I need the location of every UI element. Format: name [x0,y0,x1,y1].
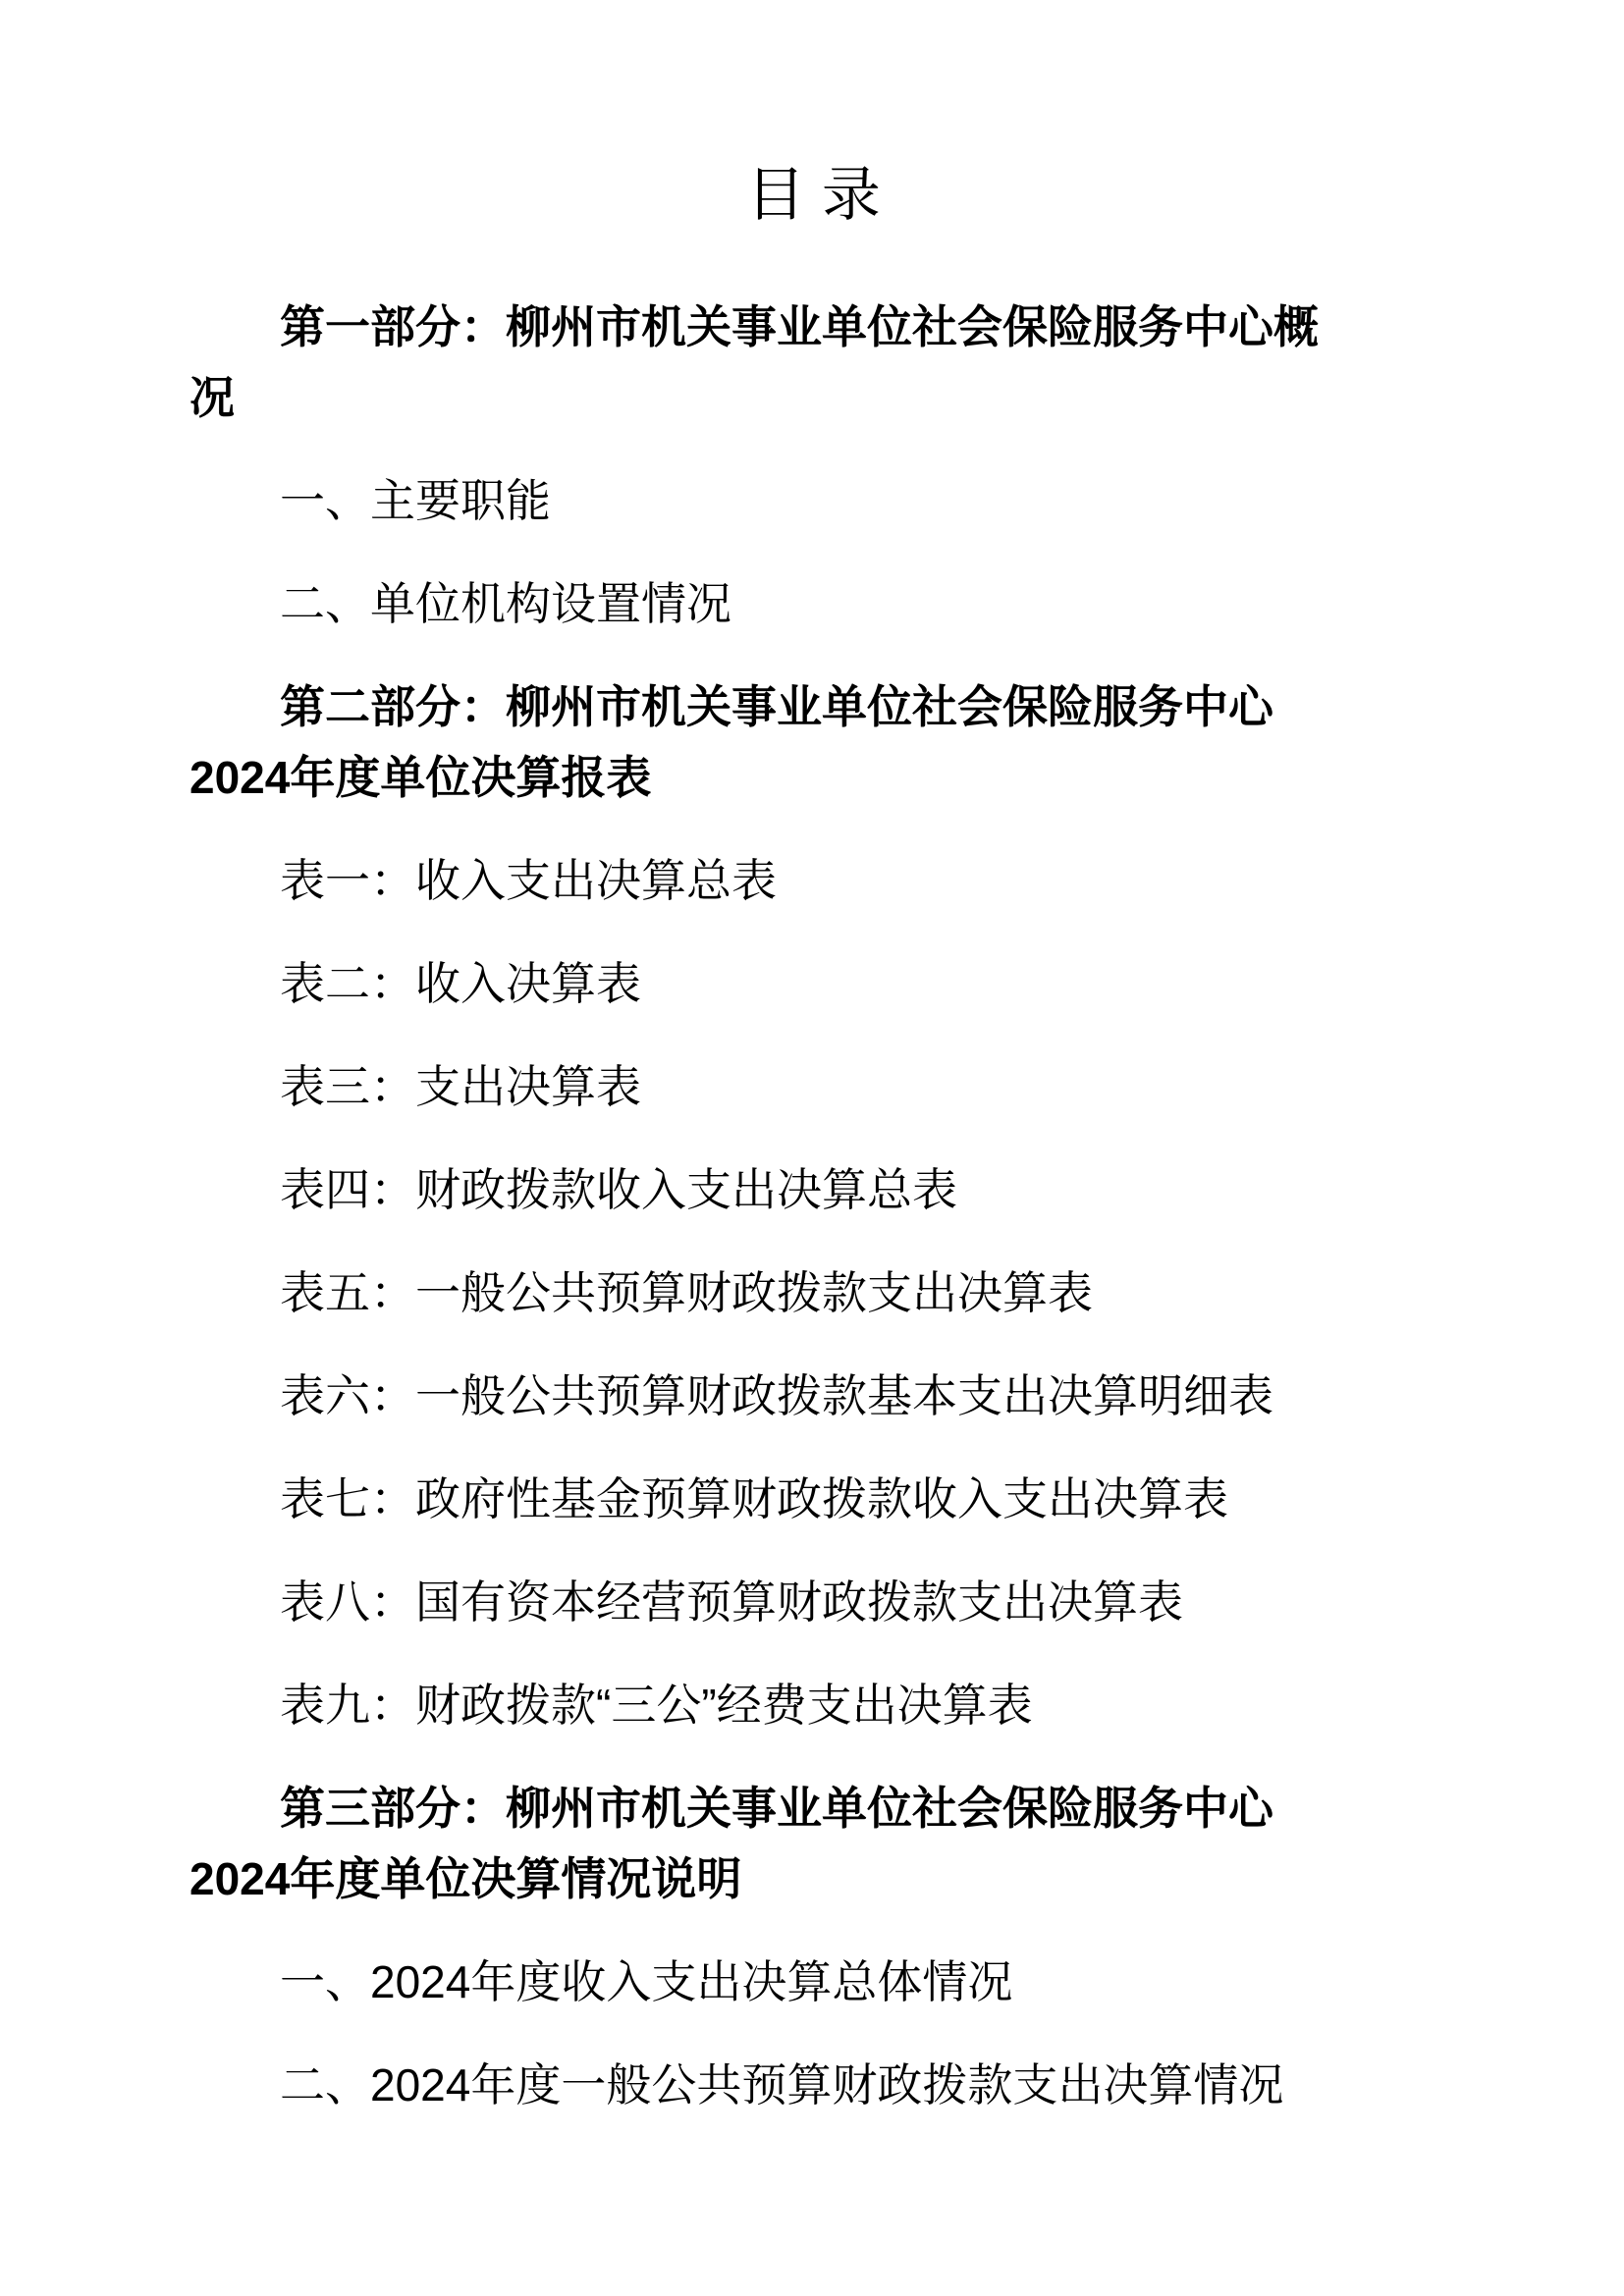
toc-entry: 表七：政府性基金预算财政拨款收入支出决算表 [189,1464,1437,1534]
toc-entry: 表四：财政拨款收入支出决算总表 [189,1154,1437,1225]
toc-entry: 二、2024年度一般公共预算财政拨款支出决算情况 [189,2050,1437,2120]
toc-section-heading: 第三部分：柳州市机关事业单位社会保险服务中心2024年度单位决算情况说明 [189,1773,1437,1914]
toc-entry: 表六：一般公共预算财政拨款基本支出决算明细表 [189,1361,1437,1431]
toc-section-heading: 第一部分：柳州市机关事业单位社会保险服务中心概况 [189,292,1437,433]
toc-line: 表四：财政拨款收入支出决算总表 [189,1154,1437,1225]
toc-line: 表五：一般公共预算财政拨款支出决算表 [189,1257,1437,1328]
toc-entry: 表二：收入决算表 [189,948,1437,1019]
toc-list: 第一部分：柳州市机关事业单位社会保险服务中心概况一、主要职能二、单位机构设置情况… [189,292,1437,2120]
toc-line: 表一：收入支出决算总表 [189,845,1437,916]
toc-line: 2024年度单位决算情况说明 [189,1843,1437,1914]
toc-entry: 表一：收入支出决算总表 [189,845,1437,916]
toc-entry: 表八：国有资本经营预算财政拨款支出决算表 [189,1567,1437,1637]
toc-line: 一、2024年度收入支出决算总体情况 [189,1947,1437,2017]
toc-entry: 表五：一般公共预算财政拨款支出决算表 [189,1257,1437,1328]
document-page: 目 录 第一部分：柳州市机关事业单位社会保险服务中心概况一、主要职能二、单位机构… [0,0,1624,2296]
toc-line: 表八：国有资本经营预算财政拨款支出决算表 [189,1567,1437,1637]
toc-line: 第二部分：柳州市机关事业单位社会保险服务中心 [189,671,1437,742]
toc-entry: 表三：支出决算表 [189,1051,1437,1122]
toc-entry: 二、单位机构设置情况 [189,568,1437,639]
toc-line: 表七：政府性基金预算财政拨款收入支出决算表 [189,1464,1437,1534]
toc-line: 第三部分：柳州市机关事业单位社会保险服务中心 [189,1773,1437,1843]
toc-line: 表三：支出决算表 [189,1051,1437,1122]
toc-entry: 表九：财政拨款“三公”经费支出决算表 [189,1670,1437,1740]
toc-section-heading: 第二部分：柳州市机关事业单位社会保险服务中心2024年度单位决算报表 [189,671,1437,813]
toc-line: 2024年度单位决算报表 [189,742,1437,813]
toc-entry: 一、2024年度收入支出决算总体情况 [189,1947,1437,2017]
toc-entry: 一、主要职能 [189,465,1437,536]
toc-line: 二、单位机构设置情况 [189,568,1437,639]
toc-line: 一、主要职能 [189,465,1437,536]
toc-line: 况 [189,362,1437,433]
page-title: 目 录 [189,165,1437,226]
toc-line: 二、2024年度一般公共预算财政拨款支出决算情况 [189,2050,1437,2120]
toc-line: 表六：一般公共预算财政拨款基本支出决算明细表 [189,1361,1437,1431]
toc-line: 第一部分：柳州市机关事业单位社会保险服务中心概 [189,292,1437,362]
toc-line: 表九：财政拨款“三公”经费支出决算表 [189,1670,1437,1740]
toc-line: 表二：收入决算表 [189,948,1437,1019]
